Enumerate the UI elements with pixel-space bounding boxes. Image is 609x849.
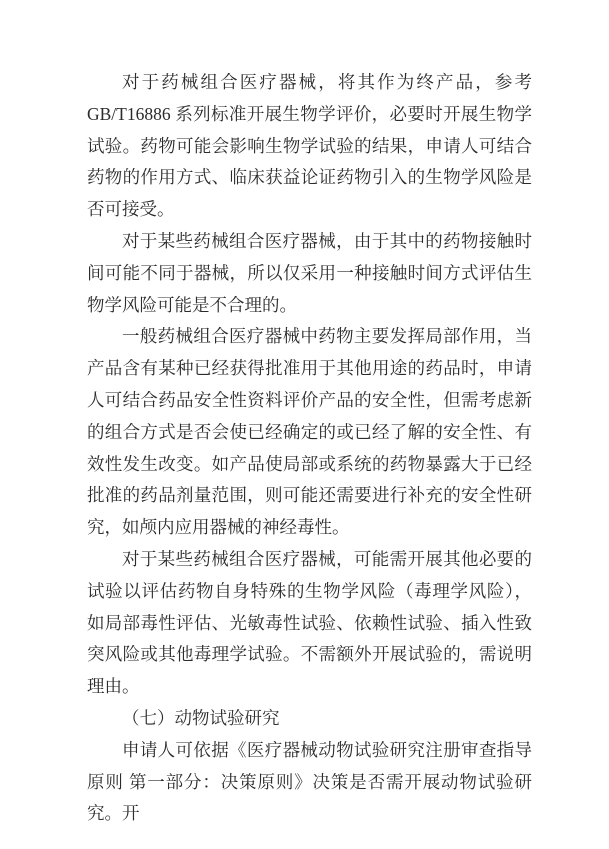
document-page: 对于药械组合医疗器械，将其作为终产品，参考GB/T16886 系列标准开展生物学… <box>0 0 609 849</box>
paragraph-biological-evaluation: 对于药械组合医疗器械，将其作为终产品，参考GB/T16886 系列标准开展生物学… <box>87 67 532 226</box>
page-content: 对于药械组合医疗器械，将其作为终产品，参考GB/T16886 系列标准开展生物学… <box>87 67 532 830</box>
paragraph-local-action-safety: 一般药械组合医疗器械中药物主要发挥局部作用，当产品含有某种已经获得批准用于其他用… <box>87 321 532 544</box>
paragraph-animal-testing-intro: 申请人可依据《医疗器械动物试验研究注册审查指导原则 第一部分：决策原则》决策是否… <box>87 735 532 830</box>
paragraph-contact-time: 对于某些药械组合医疗器械，由于其中的药物接触时间可能不同于器械，所以仅采用一种接… <box>87 226 532 321</box>
paragraph-toxicology-tests: 对于某些药械组合医疗器械，可能需开展其他必要的试验以评估药物自身特殊的生物学风险… <box>87 544 532 703</box>
section-heading-animal-testing: （七）动物试验研究 <box>87 703 532 735</box>
